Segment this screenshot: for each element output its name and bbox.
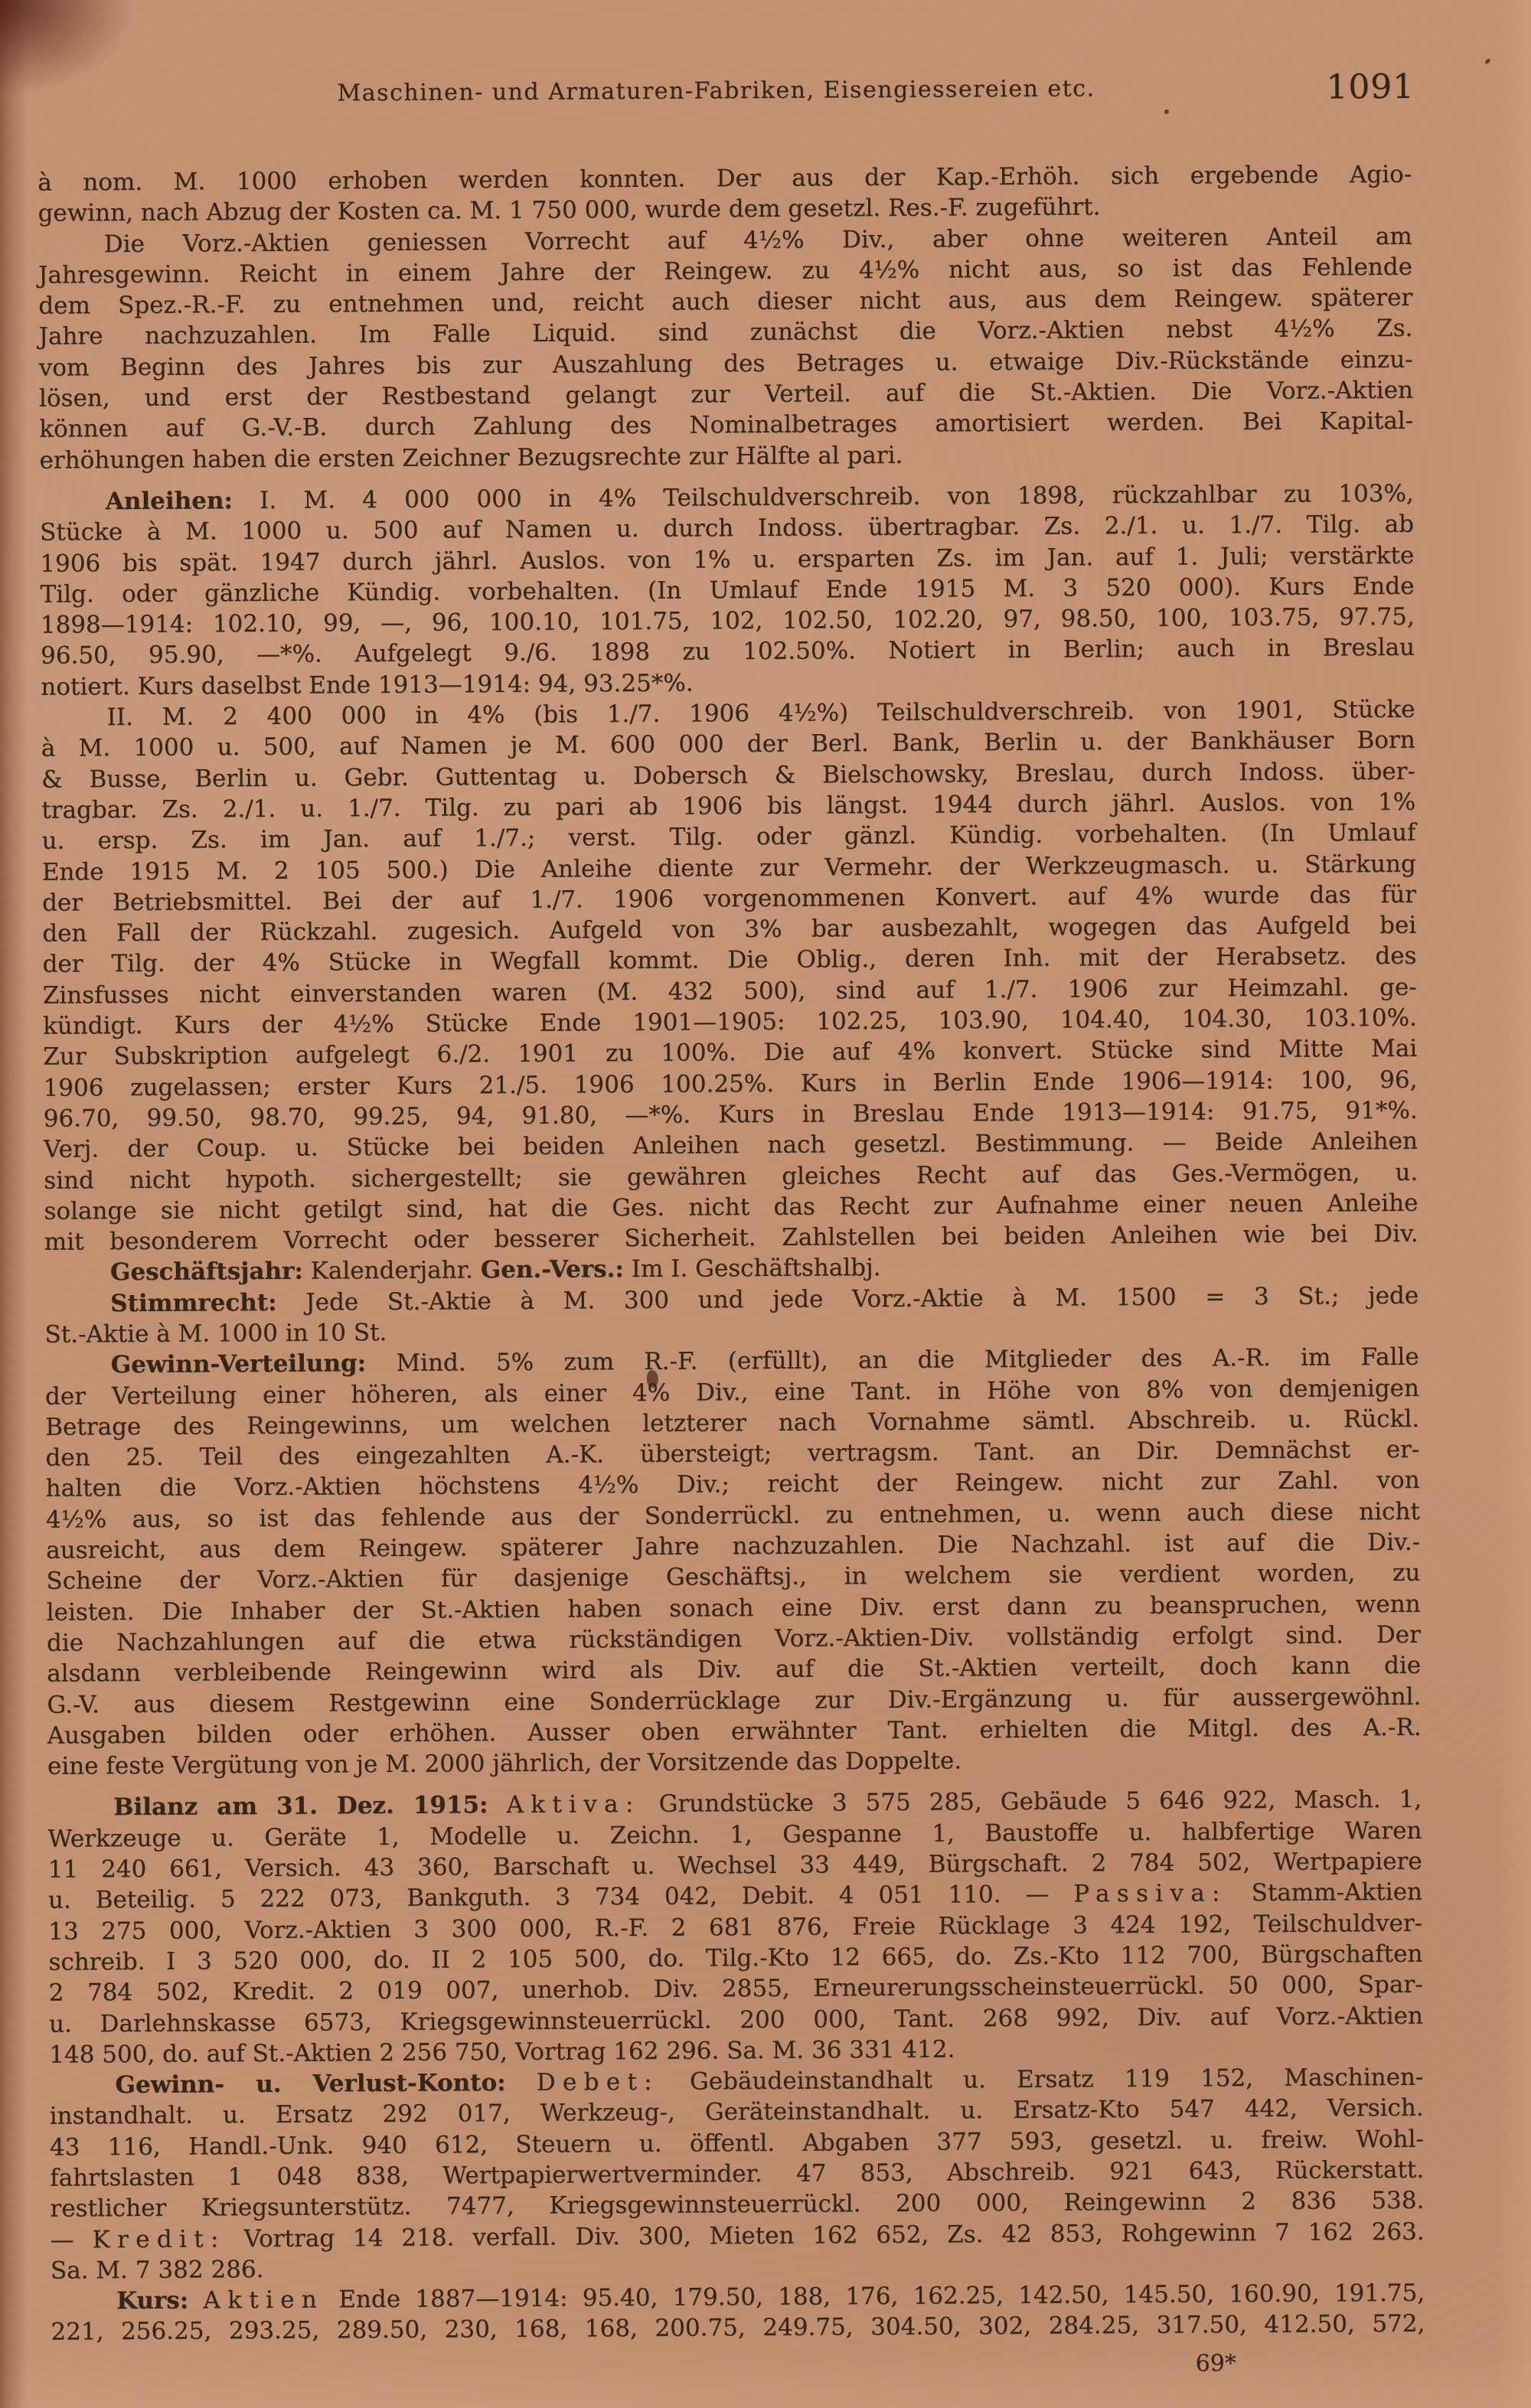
text-run: Grundstücke 3 575 285, Gebäude 5 646 922…: [641, 1786, 1422, 1818]
page-number: 1091: [1326, 67, 1415, 107]
section-keyword: Anleihen:: [106, 487, 233, 515]
text-run: gewinn, nach Abzug der Kosten ca. M. 1 7…: [38, 194, 1100, 227]
section-keyword: Stimmrecht:: [110, 1289, 277, 1317]
page-content: Maschinen- und Armaturen-Fabriken, Eisen…: [0, 0, 1531, 2408]
section-keyword: Gewinn-Verteilung:: [111, 1349, 367, 1379]
text-run: u. Darlehnskasse 6573, Kriegsgewinnsteue…: [49, 2002, 1423, 2038]
body-text: à nom. M. 1000 erhoben werden konnten. D…: [38, 159, 1425, 2387]
section-keyword: Gewinn- u. Verlust-Konto:: [115, 2069, 505, 2099]
spaced-term: Aktien: [203, 2286, 324, 2315]
sheet-signature: 69*: [1196, 2348, 1425, 2380]
book-page: Maschinen- und Armaturen-Fabriken, Eisen…: [0, 0, 1531, 2408]
spaced-term: Debet:: [537, 2068, 659, 2096]
text-run: Jede St.-Aktie à M. 300 und jede Vorz.-A…: [276, 1281, 1418, 1316]
ink-blot: [647, 1370, 658, 1388]
text-run: Kalenderjahr.: [303, 1257, 481, 1285]
text-run: erhöhungen haben die ersten Zeichner Bez…: [39, 442, 903, 475]
text-run: Gebäudeinstandhalt u. Ersatz 119 152, Ma…: [659, 2064, 1424, 2096]
text-run: Mind. 5% zum R.-F. (erfüllt), an die Mit…: [366, 1343, 1419, 1377]
text-run: notiert. Kurs daselbst Ende 1913—1914: 9…: [41, 669, 694, 700]
text-run: I. M. 4 000 000 in 4% Teilschuldverschre…: [233, 480, 1414, 514]
text-run: u. Beteilig. 5 222 073, Bankguth. 3 734 …: [48, 1881, 1074, 1914]
text-run: —: [51, 2226, 93, 2253]
text-run: 96.50, 95.90, —*%. Aufgelegt 9./6. 1898 …: [41, 634, 1415, 670]
section-keyword: Kurs:: [116, 2287, 188, 2315]
text-run: [488, 1792, 506, 1819]
section-keyword: Bilanz am 31. Dez. 1915:: [113, 1792, 488, 1822]
text-run: Sa. M. 7 382 286.: [51, 2256, 264, 2285]
text-run: St.-Aktie à M. 1000 in 10 St.: [44, 1319, 387, 1349]
text-run: 148 500, do. auf St.-Aktien 2 256 750, V…: [49, 2035, 955, 2068]
page-header-title: Maschinen- und Armaturen-Fabriken, Eisen…: [0, 73, 1482, 109]
text-run: [188, 2287, 203, 2315]
text-run: eine feste Vergütung von je M. 2000 jähr…: [47, 1747, 961, 1780]
text-run: Im I. Geschäftshalbj.: [624, 1254, 881, 1283]
text-run: können auf G.-V.-B. durch Zahlung des No…: [39, 407, 1413, 443]
text-run: Ende 1887—1914: 95.40, 179.50, 188, 176,…: [324, 2279, 1425, 2314]
spaced-term: Kredit:: [92, 2225, 225, 2253]
text-run: Vortrag 14 218. verfall. Div. 300, Miete…: [226, 2217, 1425, 2253]
spaced-term: Aktiva:: [506, 1790, 640, 1819]
text-run: Stamm-Aktien: [1227, 1878, 1422, 1907]
spaced-term: Passiva:: [1073, 1880, 1227, 1908]
section-keyword: Gen.-Vers.:: [481, 1256, 624, 1284]
text-run: [506, 2069, 537, 2096]
section-keyword: Geschäftsjahr:: [110, 1258, 303, 1287]
text-run: 221, 256.25, 293.25, 289.50, 230, 168, 1…: [51, 2310, 1425, 2346]
